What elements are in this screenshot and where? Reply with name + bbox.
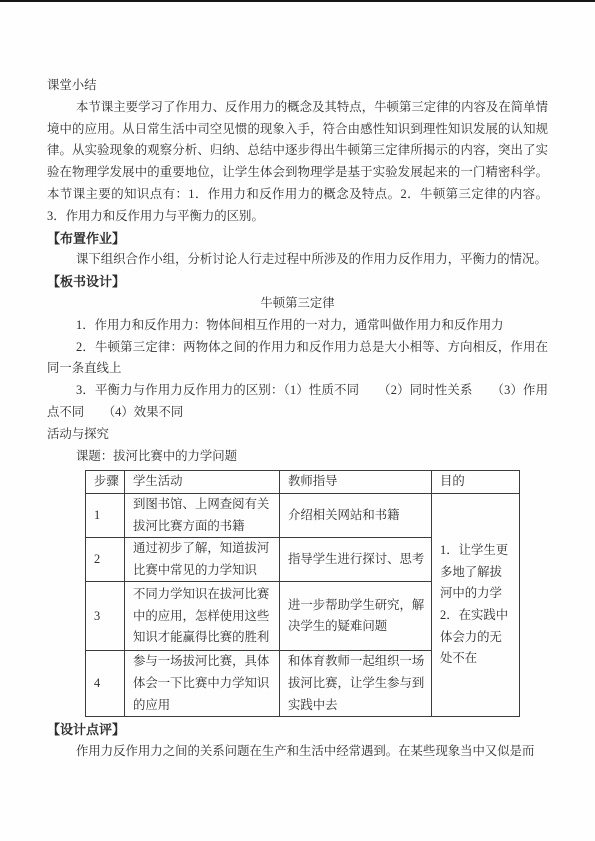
- table-cell-step: 2: [86, 538, 125, 582]
- homework-heading: 【布置作业】: [47, 228, 548, 250]
- summary-paragraph: 本节课主要学习了作用力、反作用力的概念及其特点，牛顿第三定律的内容及在简单情境中…: [47, 97, 548, 228]
- table-cell-step: 1: [86, 493, 125, 537]
- table-cell-step: 4: [86, 651, 125, 717]
- board-item-1: 1．作用力和反作用力：物体间相互作用的一对力，通常叫做作用力和反作用力: [47, 315, 548, 337]
- table-cell-step: 3: [86, 582, 125, 651]
- table-cell-purpose: 1．让学生更多地了解拔河中的力学 2．在实践中体会力的无处不在: [432, 493, 520, 716]
- document-content: 课堂小结 本节课主要学习了作用力、反作用力的概念及其特点，牛顿第三定律的内容及在…: [0, 0, 595, 763]
- table-cell-teacher-guidance: 介绍相关网站和书籍: [280, 493, 432, 537]
- activity-topic: 课题：拔河比赛中的力学问题: [47, 446, 548, 468]
- document-page: 课堂小结 本节课主要学习了作用力、反作用力的概念及其特点，牛顿第三定律的内容及在…: [0, 0, 595, 841]
- table-header-teacher-guidance: 教师指导: [280, 471, 432, 494]
- activity-heading: 活动与探究: [47, 424, 548, 446]
- purpose-item-2: 2．在实践中体会力的无处不在: [440, 605, 514, 670]
- review-heading: 【设计点评】: [47, 719, 548, 741]
- table-cell-student-activity: 不同力学知识在拔河比赛中的应用，怎样使用这些知识才能赢得比赛的胜利: [125, 582, 280, 651]
- table-cell-teacher-guidance: 进一步帮助学生研究，解决学生的疑难问题: [280, 582, 432, 651]
- table-header-step: 步骤: [86, 471, 125, 494]
- review-text: 作用力反作用力之间的关系问题在生产和生活中经常遇到。在某些现象当中又似是而: [47, 741, 548, 763]
- board-item-2: 2．牛顿第三定律：两物体之间的作用力和反作用力总是大小相等、方向相反，作用在同一…: [47, 337, 548, 381]
- homework-text: 课下组织合作小组，分析讨论人行走过程中所涉及的作用力反作用力，平衡力的情况。: [47, 249, 548, 271]
- table-header-row: 步骤 学生活动 教师指导 目的: [86, 471, 520, 494]
- board-title: 牛顿第三定律: [47, 293, 548, 315]
- table-cell-student-activity: 到图书馆、上网查阅有关拔河比赛方面的书籍: [125, 493, 280, 537]
- table-cell-student-activity: 参与一场拔河比赛，具体体会一下比赛中力学知识的应用: [125, 651, 280, 717]
- table-cell-teacher-guidance: 指导学生进行探讨、思考: [280, 538, 432, 582]
- board-item-3: 3．平衡力与作用力反作用力的区别：（1）性质不同 （2）同时性关系 （3）作用点…: [47, 380, 548, 424]
- page-top-edge: [0, 0, 595, 2]
- board-design-heading: 【板书设计】: [47, 271, 548, 293]
- summary-heading: 课堂小结: [47, 75, 548, 97]
- table-cell-teacher-guidance: 和体育教师一起组织一场拔河比赛，让学生参与到实践中去: [280, 651, 432, 717]
- table-cell-student-activity: 通过初步了解，知道拔河比赛中常见的力学知识: [125, 538, 280, 582]
- activity-table: 步骤 学生活动 教师指导 目的 1 到图书馆、上网查阅有关拔河比赛方面的书籍 介…: [85, 470, 520, 717]
- table-row: 1 到图书馆、上网查阅有关拔河比赛方面的书籍 介绍相关网站和书籍 1．让学生更多…: [86, 493, 520, 537]
- purpose-item-1: 1．让学生更多地了解拔河中的力学: [440, 540, 514, 605]
- table-header-purpose: 目的: [432, 471, 520, 494]
- table-header-student-activity: 学生活动: [125, 471, 280, 494]
